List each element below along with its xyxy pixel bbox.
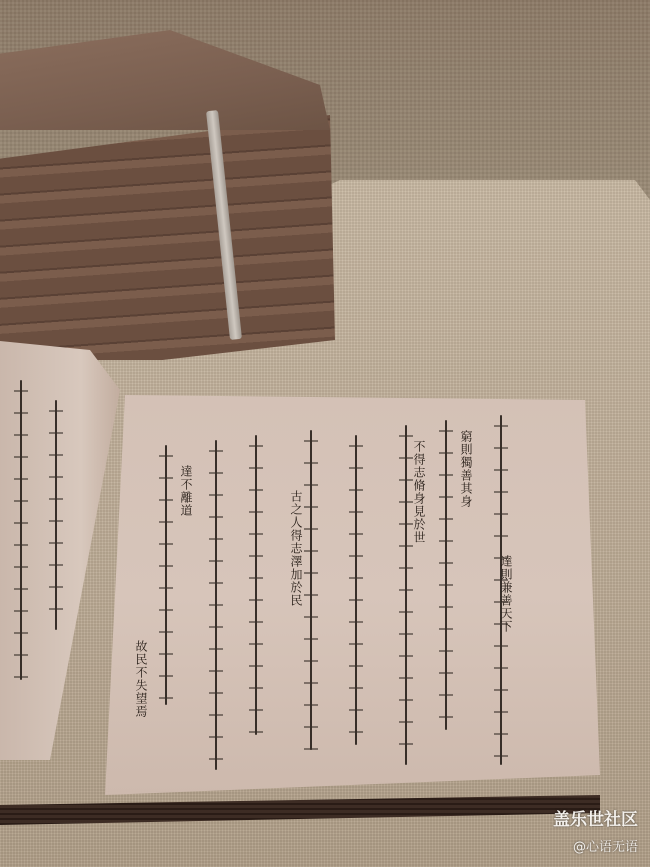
script-column [445,420,447,730]
manuscript-right-page: 窮則獨善其身 不得志脩身見於世 達則兼善天下 古之人得志澤加於民 達不離道 故民… [105,395,600,795]
script-column [20,380,22,680]
chinese-annotation: 達則兼善天下 [500,555,512,633]
photo-scene: 窮則獨善其身 不得志脩身見於世 達則兼善天下 古之人得志澤加於民 達不離道 故民… [0,0,650,867]
chinese-annotation: 不得志脩身見於世 [413,440,425,544]
script-column [405,425,407,765]
script-column [165,445,167,705]
script-column [255,435,257,735]
script-column [355,435,357,745]
script-column [215,440,217,770]
script-column [310,430,312,750]
book-page-edges [0,100,340,360]
manuscript-left-page [0,340,120,770]
chinese-annotation: 故民不失望焉 [135,640,147,718]
watermark: 盖乐世社区 @心语无语 [553,805,638,855]
book-cover [0,30,330,130]
chinese-annotation: 達不離道 [180,465,192,517]
watermark-title: 盖乐世社区 [553,805,638,830]
closed-book-stack [0,30,345,350]
chinese-annotation: 古之人得志澤加於民 [290,490,302,607]
watermark-user: @心语无语 [553,836,638,855]
script-column [55,400,57,630]
open-manuscript: 窮則獨善其身 不得志脩身見於世 達則兼善天下 古之人得志澤加於民 達不離道 故民… [0,380,620,820]
chinese-annotation: 窮則獨善其身 [460,430,472,508]
